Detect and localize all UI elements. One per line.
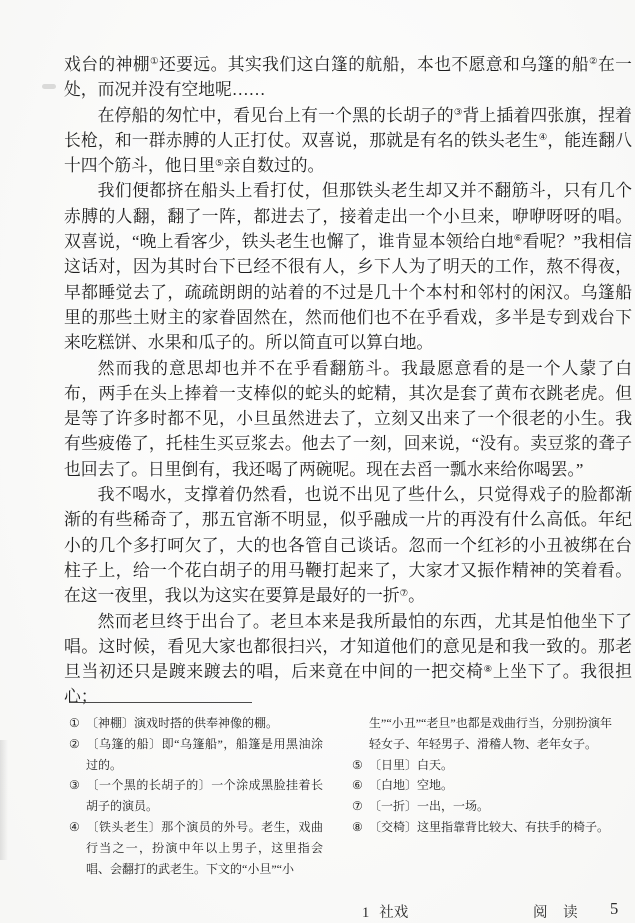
paragraph: 在停船的匆忙中，看见台上有一个黑的长胡子的③背上插着四张旗，捏着长枪，和一群赤膊…	[64, 103, 632, 179]
footnotes-left-column: ①〔神棚〕演戏时搭的供奉神像的棚。②〔乌篷的船〕即“乌篷船”，船篷是用黑油涂过的…	[69, 713, 323, 879]
footnote-ref: ⑤	[215, 159, 224, 169]
footer-section-label: 阅 读	[533, 901, 584, 922]
footnote-ref: ⑥	[514, 234, 523, 244]
footnote-divider	[69, 702, 252, 703]
footnote-item: ②〔乌篷的船〕即“乌篷船”，船篷是用黑油涂过的。	[69, 734, 323, 776]
footnote-text: 〔白地〕空地。	[369, 778, 453, 792]
page: 戏台的神棚①还要远。其实我们这白篷的航船，本也不愿意和乌篷的船②在一处，而况并没…	[0, 0, 635, 923]
footnote-ref: ⑧	[484, 665, 493, 675]
footnote-item: ⑥〔白地〕空地。	[352, 775, 612, 796]
footnote-ref: ①	[150, 57, 159, 67]
footnote-ref: ②	[589, 57, 598, 67]
paragraph: 戏台的神棚①还要远。其实我们这白篷的航船，本也不愿意和乌篷的船②在一处，而况并没…	[64, 52, 632, 103]
footnote-ref: ④	[539, 133, 548, 143]
footnote-item: ①〔神棚〕演戏时搭的供奉神像的棚。	[69, 713, 323, 734]
footnote-number: ①	[69, 713, 86, 734]
footnote-ref: ③	[454, 108, 463, 118]
footnote-text: 生”“小丑”“老旦”也都是戏曲行当，分别扮演年轻女子、年轻男子、滑稽人物、老年女…	[369, 716, 612, 751]
footnote-number: ③	[69, 775, 86, 796]
footer-page-number: 5	[610, 899, 618, 919]
scan-smudge	[42, 84, 56, 89]
footnotes-right-column: 生”“小丑”“老旦”也都是戏曲行当，分别扮演年轻女子、年轻男子、滑稽人物、老年女…	[352, 713, 612, 838]
footnote-number: ④	[69, 817, 86, 838]
paragraph: 然而老旦终于出台了。老旦本来是我所最怕的东西，尤其是怕他坐下了唱。这时候，看见大…	[64, 609, 632, 710]
footnote-text: 〔一折〕一出，一场。	[369, 799, 489, 813]
footnote-number: ⑧	[352, 817, 369, 838]
paragraph: 我们便都挤在船头上看打仗，但那铁头老生却又并不翻筋斗，只有几个赤膊的人翻，翻了一…	[64, 178, 632, 355]
footnote-text: 〔神棚〕演戏时搭的供奉神像的棚。	[86, 716, 278, 730]
paragraph: 我不喝水，支撑着仍然看，也说不出见了些什么，只觉得戏子的脸都渐渐的有些稀奇了，那…	[64, 482, 632, 608]
footnote-text: 〔乌篷的船〕即“乌篷船”，船篷是用黑油涂过的。	[86, 737, 323, 772]
footnote-text: 〔铁头老生〕那个演员的外号。老生，戏曲行当之一，扮演中年以上男子，这里指会唱、会…	[86, 820, 323, 876]
footer-lesson: 1社戏	[362, 901, 408, 922]
scan-smudge	[0, 740, 8, 860]
footnote-item: ⑦〔一折〕一出，一场。	[352, 796, 612, 817]
footnote-item: ④〔铁头老生〕那个演员的外号。老生，戏曲行当之一，扮演中年以上男子，这里指会唱、…	[69, 817, 323, 879]
footnote-text: 〔日里〕白天。	[369, 758, 453, 772]
footnote-continuation: 生”“小丑”“老旦”也都是戏曲行当，分别扮演年轻女子、年轻男子、滑稽人物、老年女…	[352, 713, 612, 755]
body-text: 戏台的神棚①还要远。其实我们这白篷的航船，本也不愿意和乌篷的船②在一处，而况并没…	[64, 52, 632, 710]
page-footer: 1社戏 阅 读 5	[0, 901, 635, 923]
footnote-number: ⑥	[352, 775, 369, 796]
footnote-ref: ⑦	[400, 589, 409, 599]
footnote-number: ②	[69, 734, 86, 755]
footnote-number: ⑦	[352, 796, 369, 817]
footer-lesson-number: 1	[362, 905, 369, 921]
footer-lesson-title: 社戏	[379, 905, 408, 921]
footnote-text: 〔一个黑的长胡子的〕一个涂成黑脸挂着长胡子的演员。	[86, 778, 323, 813]
footnote-item: ⑤〔日里〕白天。	[352, 755, 612, 776]
paragraph: 然而我的意思却也并不在乎看翻筋斗。我最愿意看的是一个人蒙了白布，两手在头上捧着一…	[64, 356, 632, 482]
footnote-item: ⑧〔交椅〕这里指靠背比较大、有扶手的椅子。	[352, 817, 612, 838]
footnote-number: ⑤	[352, 755, 369, 776]
footnote-text: 〔交椅〕这里指靠背比较大、有扶手的椅子。	[369, 820, 609, 834]
footnote-item: ③〔一个黑的长胡子的〕一个涂成黑脸挂着长胡子的演员。	[69, 775, 323, 817]
